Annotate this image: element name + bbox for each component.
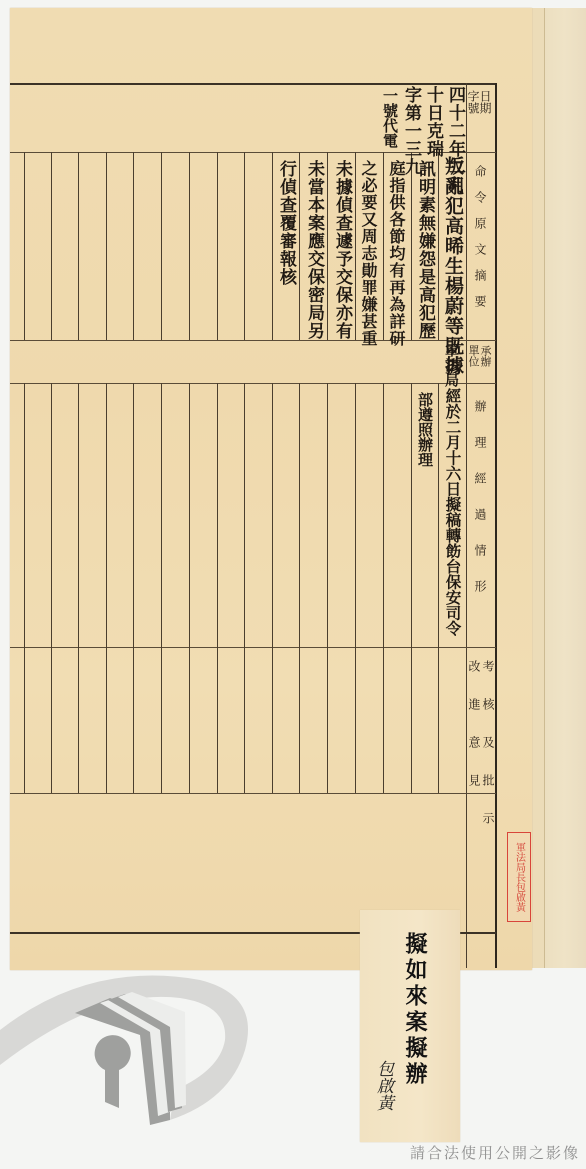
row-divider-2 <box>10 340 496 341</box>
ruling-line <box>133 647 134 793</box>
ruling-line <box>411 647 412 793</box>
ruling-line <box>411 383 412 647</box>
ruling-line <box>78 152 79 340</box>
ruling-line <box>272 152 273 340</box>
ruling-line <box>327 383 328 647</box>
ruling-line <box>244 152 245 340</box>
form-top-border <box>10 83 495 85</box>
ruling-line <box>355 152 356 340</box>
ruling-line <box>24 647 25 793</box>
process-line-2: 部遵照辦理 <box>417 392 432 467</box>
ruling-line <box>106 647 107 793</box>
ruling-line <box>217 152 218 340</box>
form-right-border <box>495 83 497 968</box>
header-handling-process: 辦理經過情形 <box>474 400 486 616</box>
ruling-line <box>51 647 52 793</box>
header-improvement-opinion: 改進意見 <box>468 660 480 812</box>
slip-signature: 包啟黃 <box>374 1060 391 1111</box>
ruling-line <box>78 647 79 793</box>
header-column-divider <box>466 83 467 968</box>
ruling-line <box>355 647 356 793</box>
entry-date-line-2: 十日克瑞 <box>424 86 441 158</box>
archive-logo-icon <box>0 970 260 1150</box>
header-number: 字號 <box>467 90 479 114</box>
ruling-line <box>244 647 245 793</box>
ruling-line <box>327 647 328 793</box>
ruling-line <box>438 152 439 340</box>
ruling-line <box>299 383 300 647</box>
ruling-line <box>383 152 384 340</box>
ruling-line <box>189 383 190 647</box>
ruling-line <box>24 383 25 647</box>
ruling-line <box>299 647 300 793</box>
summary-line-6: 未當本案應交保密局另 <box>305 160 322 340</box>
summary-line-3: 庭指供各節均有再為詳研 <box>388 160 404 347</box>
usage-notice: 請合法使用公開之影像 <box>410 1142 580 1163</box>
summary-line-7: 行偵查覆審報核 <box>277 160 294 286</box>
official-seal: 軍法局長包啟黃 <box>507 832 531 922</box>
header-order-summary: 命令原文摘要 <box>474 165 486 321</box>
header-handling-unit-2: 單位 <box>468 345 479 367</box>
ruling-line <box>78 383 79 647</box>
ruling-line <box>438 647 439 793</box>
ruling-line <box>51 383 52 647</box>
summary-line-4: 之必要又周志勛罪嫌甚重 <box>360 160 376 347</box>
header-review-instructions: 考核及批示 <box>482 660 494 850</box>
ruling-line <box>133 152 134 340</box>
ruling-line <box>272 383 273 647</box>
ruling-line <box>106 383 107 647</box>
ruling-line <box>411 152 412 340</box>
ruling-line <box>327 152 328 340</box>
ruling-line <box>189 152 190 340</box>
ruling-line <box>383 647 384 793</box>
ruling-line <box>217 647 218 793</box>
entry-handling-unit: 軍法局 <box>444 343 458 388</box>
summary-line-5: 未據偵查遽予交保亦有 <box>333 160 350 340</box>
ruling-line <box>355 383 356 647</box>
ruling-line <box>51 152 52 340</box>
ruling-line <box>244 383 245 647</box>
ruling-line <box>438 383 439 647</box>
slip-annotation: 擬如來案擬辦 <box>404 932 426 1088</box>
ruling-line <box>161 383 162 647</box>
ruling-line <box>189 647 190 793</box>
ruling-line <box>161 152 162 340</box>
ruling-line <box>299 152 300 340</box>
ruling-line <box>161 647 162 793</box>
header-date: 日期 <box>479 90 491 114</box>
ruling-line <box>24 152 25 340</box>
summary-line-2: 訊明素無嫌怨是高犯歷 <box>416 160 433 340</box>
process-line-1: 經於二月十六日擬稿轉飭台保安司令 <box>445 388 461 636</box>
ruling-line <box>106 152 107 340</box>
ruling-line <box>383 383 384 647</box>
row-divider-4 <box>10 647 496 648</box>
header-handling-unit-1: 承辦 <box>480 345 491 367</box>
entry-date-line-4: 一號代電 <box>382 88 397 148</box>
row-divider-3 <box>10 383 496 384</box>
ruling-line <box>272 647 273 793</box>
ruling-line <box>133 383 134 647</box>
ruling-line <box>217 383 218 647</box>
row-divider-5 <box>10 793 496 794</box>
attached-annotation-slip: 擬如來案擬辦 包啟黃 <box>360 910 460 1142</box>
